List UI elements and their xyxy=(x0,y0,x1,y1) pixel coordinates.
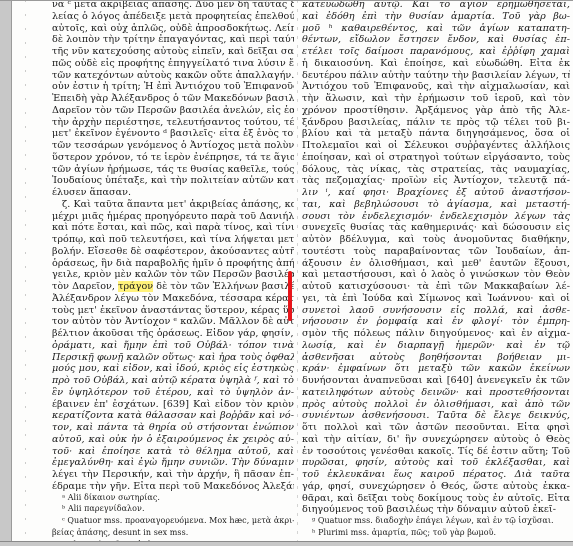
text-line: τῶν κατεχόντων αὐτοὺς κακῶν οὔτε ἀπαλλαγ… xyxy=(52,70,294,82)
text-line: νήσουσιν ἐν ῥομφαίᾳ καὶ ἐν φλογί· τὸν ἐμ… xyxy=(302,316,570,328)
text-line: μέχρι μιᾶς ἡμέρας προηγόρευτο παρὰ τοῦ Δ… xyxy=(52,211,294,223)
left-margin-rule xyxy=(25,0,26,541)
text-line: αὐτοῖς, καὶ οὐχ ἁπλῶς, οὐδὲ ἀπροσδοκήτως… xyxy=(52,23,294,35)
text-line: Ἀντιόχου τοῦ Ἐπιφανοῦς, καὶ τὴν αἰχμαλωσ… xyxy=(302,81,570,93)
text-line: τῶν τεσσάρων γενόμενος ὁ Ἀντίοχος μετὰ π… xyxy=(52,140,294,152)
text-line: κατευωδώθη αὐτῷ. Καὶ τὸ ἅγιον ἐρημωθήσετ… xyxy=(302,0,570,11)
viewer-left-strip xyxy=(0,0,12,546)
text-line: πρὸς αὐτοὺς πολλοὶ ἐν ὀλισθήμασι, καὶ ἀπ… xyxy=(302,399,570,411)
text-line: λείας ὁ λόγος ἀπέδειξε μετὰ προφητείας ἐ… xyxy=(52,11,294,23)
footnote: ᶜ Quatuor mss. προαναγορευόμενα. Mox hæc… xyxy=(52,516,294,528)
text-line: Ἀλέξανδρον λέγω τὸν Μακεδόνα, τέσσαρα κέ… xyxy=(52,293,294,305)
text-line: Πτολεμαῖοι καὶ οἱ Σέλευκοι συῤῥαγέντες ἀ… xyxy=(302,140,570,152)
text-line: τρόπῳ, καὶ ποῦ τελευτήσει, καὶ τίνα λήψε… xyxy=(52,234,294,246)
text-line: ἀσθενῆσαι αὐτοὺς βοηθήσονται βοήθειαν μι… xyxy=(302,352,570,364)
text-line: τῆς νῦν κατεχούσης αὐτοὺς εἰπεῖν, καὶ δε… xyxy=(52,46,294,58)
red-annotation-marker xyxy=(288,271,292,321)
text-line: χρόνον προστίθησιν. Ἀρξάμενος γὰρ ἀπὸ τῆ… xyxy=(302,105,570,117)
text-line: αὐτοῦ κατισχύσουσι· τὰ ἐπὶ τῶν Μακκαβαίω… xyxy=(302,281,570,293)
text-line: Ἰουδαίους ὑπέταξε, καὶ τὴν πολιτείαν αὐτ… xyxy=(52,175,294,187)
text-line: μετ' ἐκεῖνον ἐγένοντο ᵈ βασιλεῖς· εἶτα ἐ… xyxy=(52,128,294,140)
text-line: τοῦ· καὶ ἐποίησε κατὰ τὸ θέλημα αὐτοῦ, κ… xyxy=(52,446,294,458)
text-line: ται, καὶ βεβηλώσουσι τὸ ἁγίασμα, καὶ μετ… xyxy=(302,199,570,211)
text-line: ὁράσεως, ἣν διὰ παραβολῆς ἡμῖν ὁ προφήτη… xyxy=(52,258,294,270)
text-line: καὶ πότε ἔσται, καὶ πῶς, καὶ παρὰ τίνος,… xyxy=(52,222,294,234)
text-line: συνεχεῖς θυσίας τὰς καθημερινάς· καὶ δώσ… xyxy=(302,222,570,234)
text-line: πυρῶσαι, φησίν, αὐτοὺς καὶ τοῦ ἐκλέξασθα… xyxy=(302,457,570,469)
text-line: βολήν. Εἴσεσθε δὲ σαφέστερον, ἀκούσαντες… xyxy=(52,246,294,258)
text-line: ὕστερον χρόνον, τό τε ἱερὸν ἐνέπρησε, τά… xyxy=(52,152,294,164)
text-line: συνετοὶ λαοῦ συνήσουσιν εἰς πολλά, καὶ ἀ… xyxy=(302,305,570,317)
text-line: γει, τὰ ἐπὶ Ἰούδα καὶ Σίμωνος καὶ Ἰωάννο… xyxy=(302,293,570,305)
right-column: κατευωδώθη αὐτῷ. Καὶ τὸ ἅγιον ἐρημωθήσετ… xyxy=(302,0,570,540)
text-line: Ἐπειδὴ γὰρ Ἀλέξανδρος ὁ τῶν Μακεδόνων βα… xyxy=(52,93,294,105)
text-line: πῶς οὐδὲ εἷς προφήτης ἐπηγγείλατό τινα λ… xyxy=(52,58,294,70)
footnote: ʰ Plurimi mss. ἁμαρτία, πῶς; τοῦ γὰρ βωμ… xyxy=(302,528,570,540)
text-line: τὸν Δαρεῖον, τράγον δὲ τὸν τῶν Ἑλλήνων β… xyxy=(52,281,294,293)
text-line: ἓν ὑψηλότερον τοῦ ἑτέρου, καὶ τὸ ὑψηλὸν … xyxy=(52,387,294,399)
text-line: γειλε, κριὸν μὲν καλῶν τὸν τῶν Περσῶν βα… xyxy=(52,269,294,281)
scanned-page: να ᶜ μετὰ ἀκριβείας ἁπάσης. Δύο μὲν δὴ τ… xyxy=(12,0,573,541)
text-line: ὅτι πολλοὶ καὶ τῶν ἀστῶν πεσοῦνται. Εἶτα… xyxy=(302,422,570,434)
text-line: λωσίᾳ, καὶ ἐν διαρπαγῇ ἡμερῶν· καὶ ἐν τῷ xyxy=(302,340,570,352)
footnote: ᵇ Alii παρεγνίδαλον. xyxy=(52,504,294,516)
text-line: κατειληφότων αὐτοὺς δεινῶν· καὶ προστεθή… xyxy=(302,387,570,399)
footnote: ᵍ Quatuor mss. διαδοχὴν ἐπάγει λέγων, κα… xyxy=(302,516,570,528)
text-line: κερατίζοντα κατὰ θάλασσαν καὶ βοῤῥᾶν καὶ… xyxy=(52,410,294,422)
text-line: τοὺς μετ' ἐκεῖνον ἀναστάντας ὕστερον, κέ… xyxy=(52,305,294,317)
text-line: δόλους, τὰς νίκας, τὰς στρατείας, τὰς να… xyxy=(302,164,570,176)
text-line: δὲ λοιπὸν τὴν τρίτην ἐπαγαγόντας, καὶ πε… xyxy=(52,34,294,46)
text-line: γάρ, φησί, συνεχώρησεν ὁ Θεός, ὥστε αὐτο… xyxy=(302,481,570,493)
text-line: τῶν ἁγίων ἠρήμωσε, τάς τε θυσίας καθεῖλε… xyxy=(52,164,294,176)
text-line: ἐποίησαν, καὶ οἱ στρατηγοὶ τούτων εἰργάσ… xyxy=(302,152,570,164)
text-line: λέγει τὴν Περσικήν, καὶ τὴν ἀρχήν, ἣ πᾶσ… xyxy=(52,469,294,481)
text-line: άξουσιν ἐν ὀλισθήμασι, καὶ μεθ' ἑαυτῶν ἕ… xyxy=(302,258,570,270)
viewer-bottom-bar xyxy=(0,541,573,546)
text-line: καὶ μεταστήσουσι, καὶ ὁ λαὸς ὁ γινώσκων … xyxy=(302,269,570,281)
text-line: να ᶜ μετὰ ἀκριβείας ἁπάσης. Δύο μὲν δὴ τ… xyxy=(52,0,294,11)
text-line: ὁράματι, καὶ ἤμην ἐπὶ τοῦ Οὐβάλ· τόπον τ… xyxy=(52,340,294,352)
text-line: έλυσεν ἅπασαν. xyxy=(52,187,294,199)
text-line: τον αὐτὸν τὸν Ἀντίοχον ᵉ καλῶν. Μᾶλλον δ… xyxy=(52,316,294,328)
highlighted-word: τράγον xyxy=(118,281,153,292)
text-line: σμὸν τῆς πόλεως πάλιν διηγούμενος· καὶ ἐ… xyxy=(302,328,570,340)
text-line: συνιέντων ἀσθενήσουσι. Ταῦτα δὲ ἔλεγε δε… xyxy=(302,410,570,422)
text-line: κράν· ἐμφαίνων ὅτι μεταξὺ τῶν κακῶν ἐκεί… xyxy=(302,363,570,375)
text-line: τὰς πεζομαχίας· προϊὼν εἰς Ἀντίοχον, τελ… xyxy=(302,175,570,187)
text-line: ετέλει τοῖς δαίμοσι παρανόμους, καὶ ἐῤῥί… xyxy=(302,46,570,58)
column-gutter-rule xyxy=(297,0,298,541)
text-line: τοῦ ἐκλευκᾶναι ἕως καιροῦ πέρατος. Διὰ τ… xyxy=(302,469,570,481)
top-border xyxy=(0,0,573,1)
text-line: Δαρεῖον τὸν τῶν Περσῶν βασιλέα ἀνελών, ε… xyxy=(52,105,294,117)
text-line: τον, καὶ πάντα τὰ θηρία οὐ στήσονται ἐνώ… xyxy=(52,422,294,434)
footnote: ᵃ Alii δίκαιον σωτηρίας. xyxy=(52,493,294,505)
text-line: δυνήσονται ἀναπνεῦσαι καὶ [640] ἀνενεγκε… xyxy=(302,375,570,387)
text-line: έδραμε τὴν γῆν. Εἶτα περὶ τοῦ Μακεδόνος … xyxy=(52,481,294,493)
text-line: οὖν ἐστιν ἡ τρίτη; Ἡ ἐπὶ Ἀντιόχου τοῦ Ἐπ… xyxy=(52,81,294,93)
text-line: μοῦ ʰ καθαιρεθέντος, καὶ τῶν ἁγίων καταπ… xyxy=(302,23,570,35)
text-line: μούς μου, καὶ εἶδον, καὶ ἰδού, κριὸς εἷς… xyxy=(52,363,294,375)
text-line: ἡ δικαιοσύνη. Καὶ ἐποίησε, καὶ εὐωδώθη. … xyxy=(302,58,570,70)
text-line: πρὸ τοῦ Οὐβάλ, καὶ αὐτῷ κέρατα ὑψηλὰ ᶠ, … xyxy=(52,375,294,387)
text-line: τὴν ἅλωσιν, καὶ τὴν ἐρήμωσιν τοῦ ἱεροῦ, … xyxy=(302,93,570,105)
text-line: τὴν ἀρχὴν περιέστησε, τελευτήσαντος τούτ… xyxy=(52,117,294,129)
text-line: θέντων, εἴδωλον ἔστησεν ἔνδον, καὶ θυσία… xyxy=(302,34,570,46)
text-line: ἐμεγαλύνθη· καὶ ἐγὼ ἤμην συνιῶν. Τὴν δύν… xyxy=(52,457,294,469)
left-column: να ᶜ μετὰ ἀκριβείας ἁπάσης. Δύο μὲν δὴ τ… xyxy=(52,0,294,546)
text-line: Περσικῇ φωνῇ καλῶν οὕτως· καὶ ἦρα τοὺς ὀ… xyxy=(52,352,294,364)
footnote: βείας ἁπάσης, desunt in sex mss. xyxy=(52,528,294,540)
text-line: σουσι τὸν ἐνδελεχισμόν· ἐνδελεχισμὸν λέγ… xyxy=(302,211,570,223)
text-line: έβαινεν ἐπ' ἐσχάτων. [639] Καὶ εἶδον τὸν… xyxy=(52,399,294,411)
text-line: ζ. Καὶ ταῦτα ἅπαντα μετ' ἀκριβείας ἁπάση… xyxy=(52,199,294,211)
text-line: αὐτοῦ, καὶ οὐκ ἦν ὁ ἐξαιρούμενος ἐκ χειρ… xyxy=(52,434,294,446)
text-line: βλίου καὶ τὰ μεταξὺ πάντα διηγησάμενος, … xyxy=(302,128,570,140)
text-line: αὐτὸν βδέλυγμα, καὶ τοὺς ἀνομοῦντας διαθ… xyxy=(302,234,570,246)
text-line: θᾶραι, καὶ δεῖξαι τοὺς δοκίμους τοὺς ἐν … xyxy=(302,493,570,505)
text-line: ἐν τοσούτοις γενέσθαι κακοῖς. Τίς δέ ἐστ… xyxy=(302,446,570,458)
text-line: ξάνδρου βασιλείας, πάλιν τε πρὸς τῷ τέλε… xyxy=(302,117,570,129)
text-line: καὶ ἐδόθη ἐπὶ τὴν θυσίαν ἁμαρτία. Τοῦ γὰ… xyxy=(302,11,570,23)
text-line: διηγούμενος τοῦ βασιλέως τὴν δύναμιν αὐτ… xyxy=(302,504,570,516)
text-line: καὶ τὴν αἰτίαν, δι' ἣν συνεχώρησεν αὐτοὺ… xyxy=(302,434,570,446)
text-line: τουτέστι τοὺς παραβαίνοντας τῶν Ἰουδαίων… xyxy=(302,246,570,258)
text-line: βέλτιον ἀκοῦσαι τῆς ὁράσεως. Εἶδον γάρ, … xyxy=(52,328,294,340)
text-line: δευτέρου πάλιν αὐτὴν ταύτην τὴν βασιλεία… xyxy=(302,70,570,82)
text-line: λιν ⁱ, καί φησι· Βραχίονες ἐξ αὐτοῦ ἀνασ… xyxy=(302,187,570,199)
